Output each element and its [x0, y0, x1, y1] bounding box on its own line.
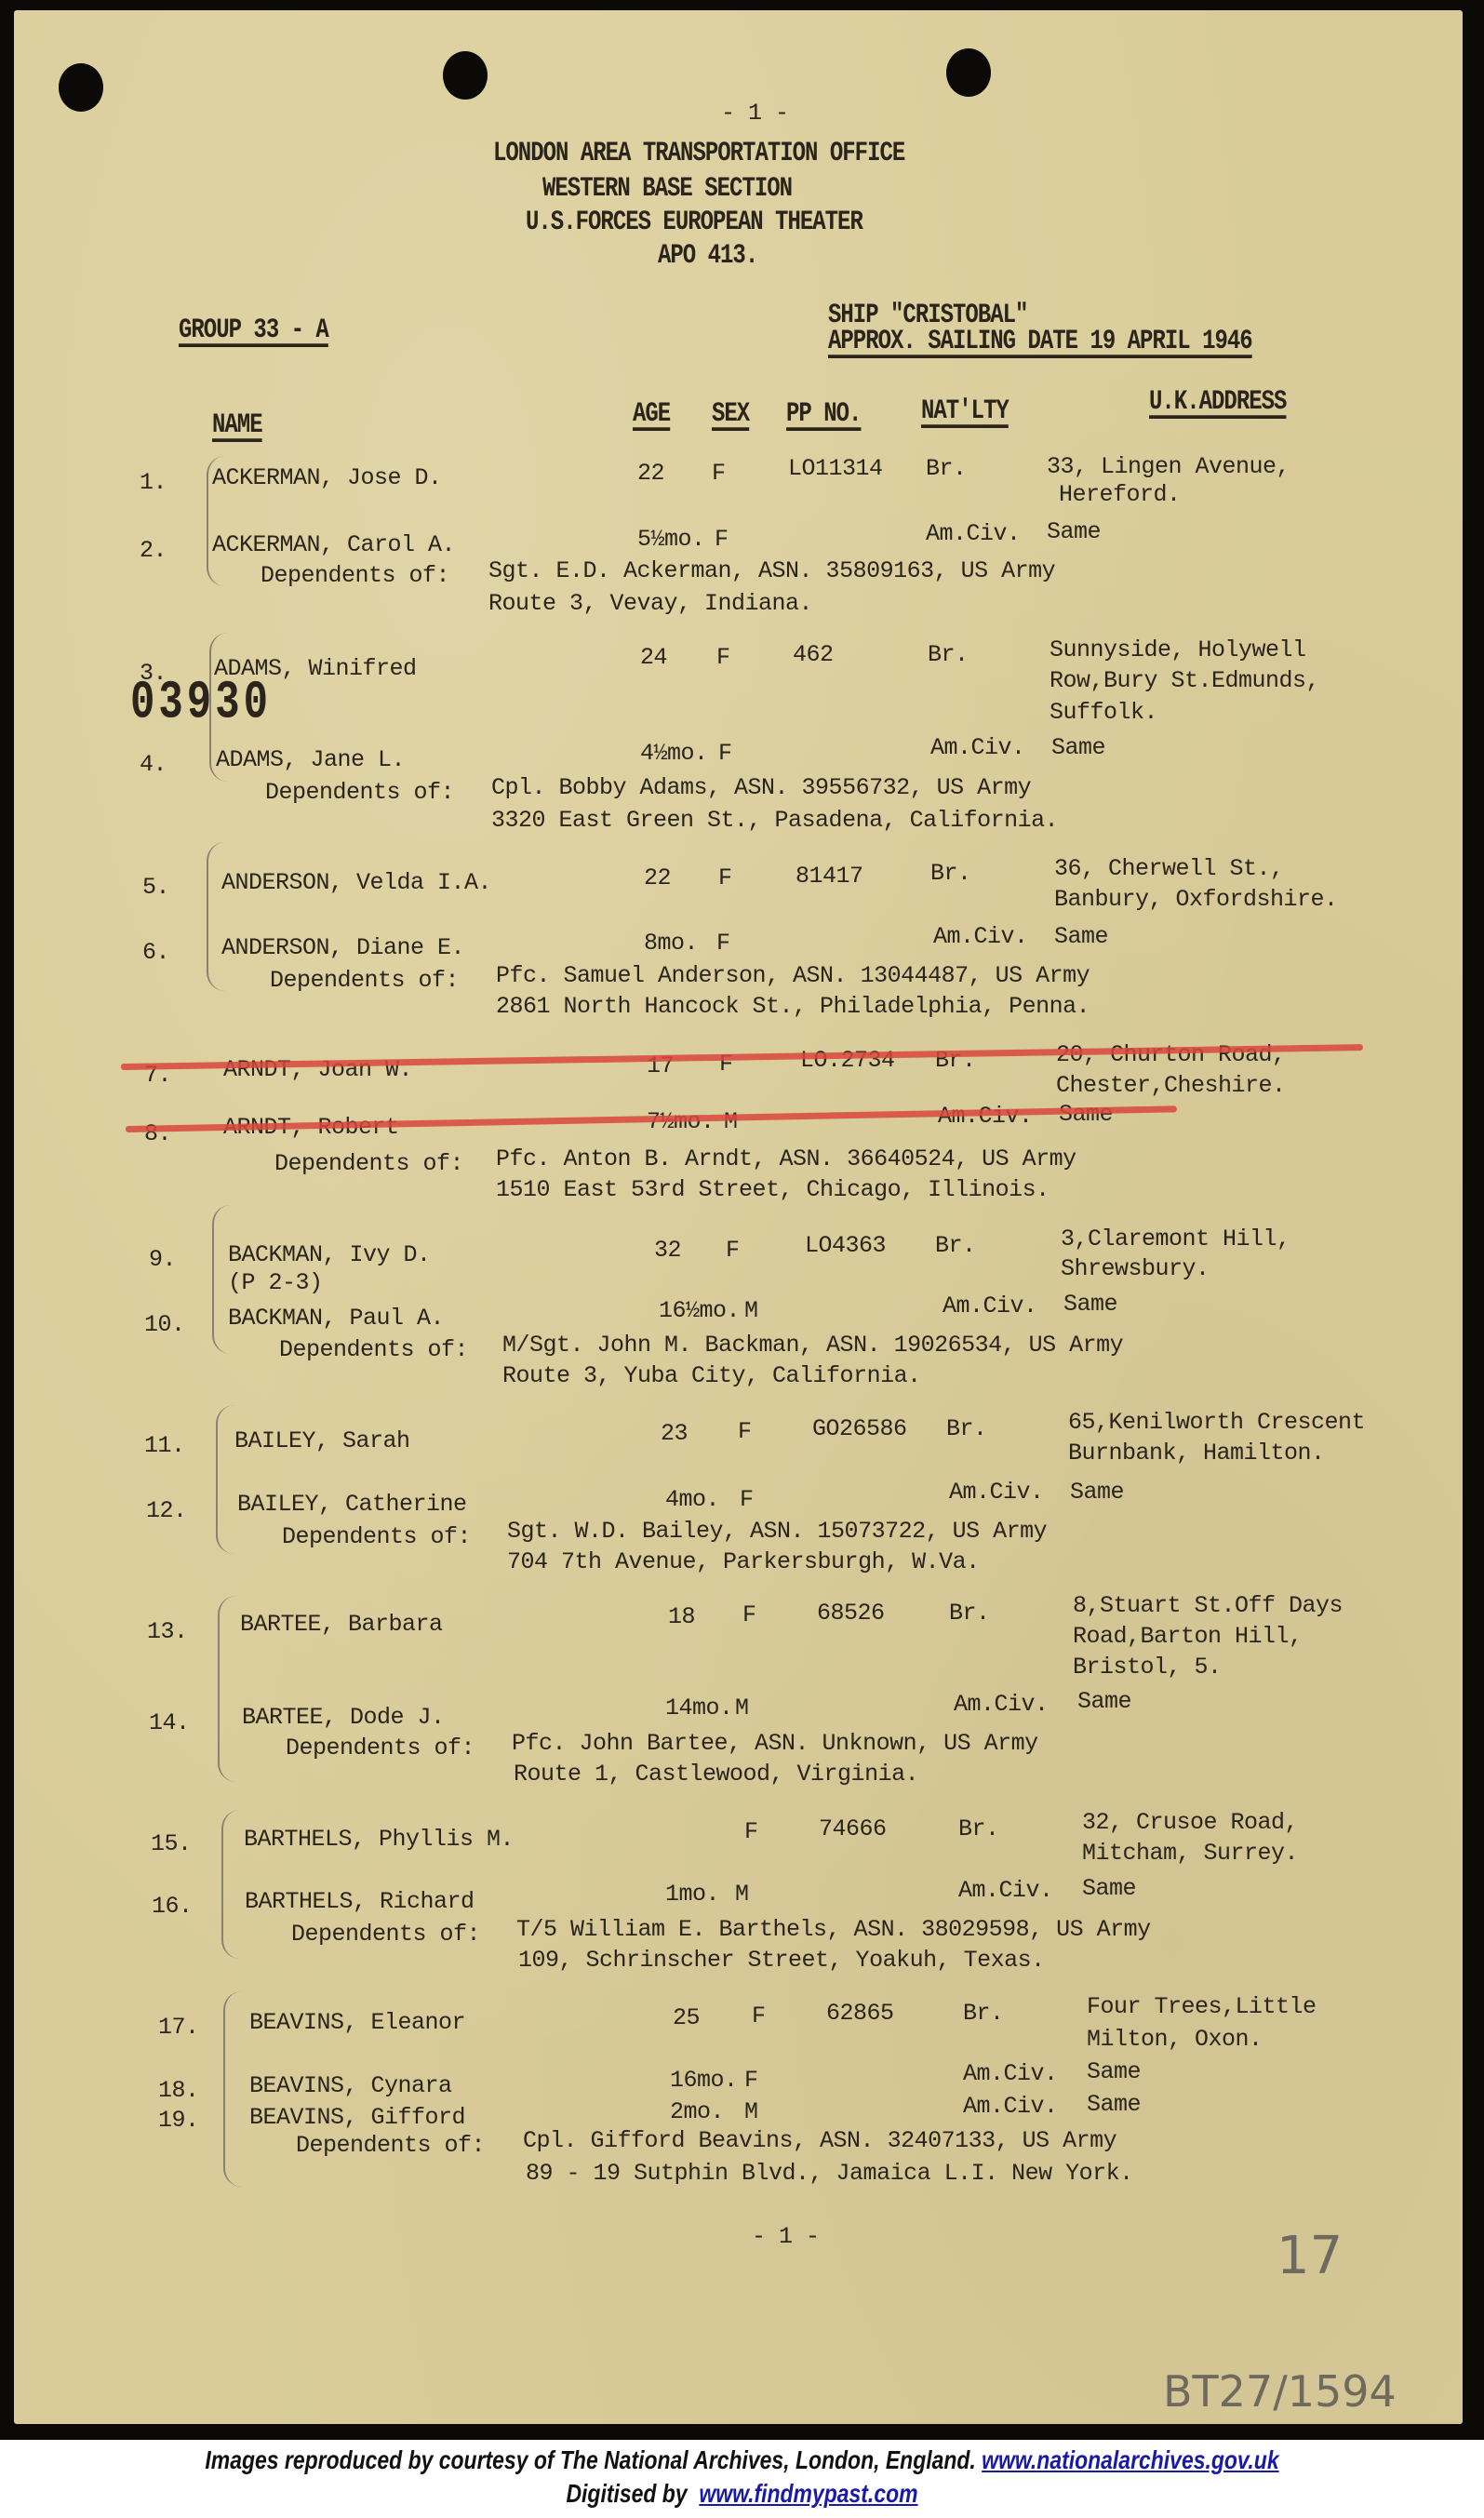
entry-pp-no: 68526	[817, 1601, 885, 1627]
entry-address: Bristol, 5.	[1073, 1654, 1222, 1681]
pencil-bracket	[216, 1405, 234, 1554]
entry-number: 12.	[146, 1498, 187, 1524]
entry-name: BACKMAN, Ivy D.	[228, 1242, 431, 1268]
entry-address: Same	[1059, 1102, 1113, 1128]
sponsor-details: Pfc. Samuel Anderson, ASN. 13044487, US …	[496, 963, 1090, 989]
entry-sex: F	[742, 1602, 756, 1628]
entry-name: BAILEY, Sarah	[234, 1428, 410, 1454]
entry-address: Shrewsbury.	[1061, 1256, 1210, 1282]
letterhead-line-2: WESTERN BASE SECTION	[542, 173, 792, 206]
column-header-nationality: NAT'LTY	[921, 395, 1009, 428]
entry-sex: F	[744, 2068, 758, 2094]
entry-age: 16½mo.	[659, 1298, 740, 1324]
entry-address: Same	[1070, 1480, 1124, 1506]
entry-age: 16mo.	[670, 2068, 738, 2094]
column-header-sex: SEX	[712, 398, 749, 431]
entry-name: ANDERSON, Velda I.A.	[221, 870, 491, 896]
entry-name: BARTHELS, Richard	[245, 1889, 475, 1915]
column-header-pp-no: PP NO.	[786, 398, 861, 431]
entry-sex: M	[724, 1109, 738, 1135]
entry-pp-no: 81417	[795, 864, 863, 890]
entry-nationality: Am.Civ.	[943, 1293, 1037, 1319]
entry-address: 36, Cherwell St.,	[1054, 856, 1284, 882]
national-archives-link[interactable]: www.nationalarchives.gov.uk	[982, 2445, 1278, 2474]
findmypast-link[interactable]: www.findmypast.com	[699, 2479, 917, 2508]
entry-number: 14.	[149, 1710, 190, 1736]
dependents-label: Dependents of:	[270, 968, 459, 994]
entry-nationality: Am.Civ.	[938, 1104, 1033, 1130]
entry-name: BEAVINS, Cynara	[249, 2073, 452, 2099]
dependents-label: Dependents of:	[296, 2133, 485, 2159]
letterhead-line-3: U.S.FORCES EUROPEAN THEATER	[526, 207, 862, 239]
entry-nationality: Am.Civ.	[933, 924, 1028, 950]
handwritten-folio-number: 17	[1277, 2229, 1343, 2284]
entry-nationality: Am.Civ.	[954, 1692, 1049, 1718]
entry-address: Same	[1082, 1876, 1136, 1902]
entry-age: 14mo.	[665, 1695, 733, 1721]
letterhead-line-1: LONDON AREA TRANSPORTATION OFFICE	[493, 138, 904, 170]
entry-note: (P 2-3)	[228, 1270, 323, 1296]
pencil-bracket	[218, 1596, 236, 1782]
entry-pp-no: 462	[793, 642, 834, 668]
entry-sex: M	[744, 2099, 758, 2125]
column-header-age: AGE	[633, 398, 670, 431]
sponsor-details: Sgt. E.D. Ackerman, ASN. 35809163, US Ar…	[488, 558, 1055, 584]
entry-address: Road,Barton Hill,	[1073, 1624, 1303, 1650]
entry-name: ACKERMAN, Carol A.	[212, 532, 455, 558]
group-label: GROUP 33 - A	[179, 315, 328, 347]
column-header-uk-address: U.K.ADDRESS	[1149, 386, 1286, 419]
sponsor-details: T/5 William E. Barthels, ASN. 38029598, …	[516, 1917, 1151, 1943]
entry-name: ANDERSON, Diane E.	[221, 935, 464, 961]
entry-sex: F	[752, 2003, 766, 2029]
dependents-label: Dependents of:	[274, 1151, 463, 1177]
entry-age: 24	[640, 645, 667, 671]
punch-hole	[946, 48, 991, 97]
entry-address: Chester,Cheshire.	[1056, 1073, 1286, 1099]
pencil-bracket	[221, 1810, 240, 1959]
entry-address: 32, Crusoe Road,	[1082, 1810, 1298, 1836]
entry-age: 4½mo.	[640, 741, 708, 767]
entry-sex: F	[715, 527, 729, 553]
entry-nationality: Br.	[958, 1816, 999, 1842]
entry-name: BARTEE, Barbara	[240, 1612, 443, 1638]
pencil-bracket	[207, 842, 225, 991]
entry-sex: F	[716, 931, 730, 957]
entry-number: 16.	[152, 1894, 193, 1920]
entry-number: 11.	[144, 1433, 185, 1459]
entry-number: 18.	[158, 2078, 199, 2104]
entry-address: Banbury, Oxfordshire.	[1054, 887, 1338, 913]
page-number-top: - 1 -	[721, 100, 789, 127]
entry-nationality: Br.	[946, 1416, 987, 1442]
entry-address: Sunnyside, Holywell	[1049, 637, 1306, 663]
digitised-label: Digitised by	[566, 2479, 687, 2508]
entry-nationality: Br.	[935, 1233, 976, 1259]
entry-nationality: Br.	[928, 642, 969, 668]
sponsor-details: Pfc. John Bartee, ASN. Unknown, US Army	[512, 1731, 1038, 1757]
entry-address: Same	[1087, 2092, 1141, 2118]
entry-sex: F	[712, 461, 726, 487]
entry-address: Four Trees,Little	[1087, 1994, 1317, 2020]
letterhead-line-4: APO 413.	[658, 240, 757, 273]
sponsor-details: M/Sgt. John M. Backman, ASN. 19026534, U…	[502, 1333, 1123, 1359]
entry-address: Same	[1063, 1292, 1117, 1318]
credit-text: Images reproduced by courtesy of The Nat…	[205, 2445, 975, 2474]
entry-number: 10.	[144, 1312, 185, 1338]
sponsor-address: 2861 North Hancock St., Philadelphia, Pe…	[496, 994, 1090, 1020]
entry-nationality: Am.Civ.	[930, 735, 1025, 761]
entry-nationality: Br.	[926, 456, 967, 482]
entry-sex: F	[726, 1238, 740, 1264]
entry-name: ACKERMAN, Jose D.	[212, 465, 442, 491]
entry-number: 15.	[151, 1831, 192, 1857]
entry-nationality: Am.Civ.	[963, 2094, 1058, 2120]
entry-age: 23	[661, 1421, 688, 1447]
entry-name: BARTHELS, Phyllis M.	[244, 1827, 514, 1853]
entry-number: 5.	[142, 875, 169, 901]
sponsor-address: 3320 East Green St., Pasadena, Californi…	[491, 808, 1058, 834]
entry-address: 3,Claremont Hill,	[1061, 1226, 1290, 1252]
entry-address: Same	[1047, 519, 1101, 545]
entry-name: ADAMS, Jane L.	[216, 747, 405, 773]
entry-number: 13.	[147, 1619, 188, 1645]
dependents-label: Dependents of:	[261, 563, 449, 589]
entry-name: BAILEY, Catherine	[237, 1492, 467, 1518]
entry-age: 5½mo.	[637, 527, 705, 553]
entry-nationality: Br.	[963, 2001, 1004, 2027]
sponsor-details: Cpl. Bobby Adams, ASN. 39556732, US Army	[491, 775, 1031, 801]
dependents-label: Dependents of:	[286, 1735, 475, 1761]
entry-address: 65,Kenilworth Crescent	[1068, 1410, 1365, 1436]
handwritten-reference: BT27/1594	[1163, 2368, 1397, 2415]
entry-nationality: Am.Civ.	[926, 521, 1021, 547]
entry-age: 1mo.	[665, 1882, 719, 1908]
entry-number: 17.	[158, 2015, 199, 2041]
entry-pp-no: LO11314	[788, 456, 883, 482]
entry-number: 2.	[140, 538, 167, 564]
entry-number: 4.	[140, 752, 167, 778]
entry-sex: F	[738, 1419, 752, 1445]
punch-hole	[59, 63, 103, 112]
entry-number: 9.	[149, 1247, 176, 1273]
sponsor-details: Sgt. W.D. Bailey, ASN. 15073722, US Army	[507, 1519, 1047, 1545]
dependents-label: Dependents of:	[265, 780, 454, 806]
punch-hole	[443, 51, 488, 100]
entry-address: Milton, Oxon.	[1087, 2027, 1263, 2053]
entry-pp-no: LO4363	[805, 1233, 886, 1259]
entry-sex: M	[735, 1695, 749, 1721]
entry-sex: F	[740, 1487, 754, 1513]
column-header-name: NAME	[212, 409, 262, 442]
entry-address: Row,Bury St.Edmunds,	[1049, 668, 1319, 694]
entry-age: 18	[668, 1604, 695, 1630]
sponsor-address: Route 3, Vevay, Indiana.	[488, 591, 812, 617]
entry-address: Same	[1077, 1689, 1131, 1715]
entry-number: 6.	[142, 940, 169, 966]
sponsor-address: 1510 East 53rd Street, Chicago, Illinois…	[496, 1177, 1049, 1203]
entry-pp-no: 74666	[819, 1816, 887, 1842]
entry-nationality: Am.Civ.	[949, 1480, 1044, 1506]
sponsor-address: Route 1, Castlewood, Virginia.	[514, 1761, 918, 1788]
dependents-label: Dependents of:	[291, 1922, 480, 1948]
sponsor-address: 109, Schrinscher Street, Yoakuh, Texas.	[518, 1948, 1045, 1974]
page-number-bottom: - 1 -	[752, 2224, 820, 2250]
entry-name: BACKMAN, Paul A.	[228, 1306, 444, 1332]
entry-age: 22	[644, 865, 671, 891]
entry-sex: F	[718, 741, 732, 767]
entry-nationality: Br.	[949, 1601, 990, 1627]
pencil-bracket	[223, 1991, 242, 2187]
archive-credit: Images reproduced by courtesy of The Nat…	[134, 2445, 1351, 2475]
entry-nationality: Am.Civ.	[958, 1878, 1053, 1904]
entry-number: 1.	[140, 470, 167, 496]
entry-address: 8,Stuart St.Off Days	[1073, 1593, 1343, 1619]
entry-pp-no: GO26586	[812, 1416, 907, 1442]
sponsor-details: Cpl. Gifford Beavins, ASN. 32407133, US …	[523, 2128, 1116, 2154]
entry-age: 8mo.	[644, 931, 698, 957]
entry-age: 32	[654, 1238, 681, 1264]
sponsor-address: 704 7th Avenue, Parkersburgh, W.Va.	[507, 1549, 980, 1575]
entry-address: Same	[1087, 2059, 1141, 2085]
entry-address: Same	[1051, 735, 1105, 761]
entry-sex: F	[716, 645, 730, 671]
entry-number: 19.	[158, 2108, 199, 2134]
entry-name: BARTEE, Dode J.	[242, 1705, 445, 1731]
entry-address: Same	[1054, 924, 1108, 950]
entry-name: BEAVINS, Gifford	[249, 2105, 465, 2131]
entry-address: 33, Lingen Avenue,	[1047, 454, 1290, 480]
entry-age: 4mo.	[665, 1487, 719, 1513]
entry-name: BEAVINS, Eleanor	[249, 2010, 465, 2036]
entry-address: Burnbank, Hamilton.	[1068, 1440, 1325, 1467]
entry-age: 25	[673, 2005, 700, 2031]
sailing-date: APPROX. SAILING DATE 19 APRIL 1946	[828, 326, 1252, 358]
entry-sex: F	[718, 865, 732, 891]
entry-sex: F	[744, 1819, 758, 1845]
entry-address: Mitcham, Surrey.	[1082, 1841, 1298, 1867]
entry-address: Suffolk.	[1049, 700, 1157, 726]
sponsor-details: Pfc. Anton B. Arndt, ASN. 36640524, US A…	[496, 1146, 1076, 1172]
entry-nationality: Br.	[930, 861, 971, 887]
digitised-credit: Digitised by www.findmypast.com	[134, 2479, 1351, 2509]
entry-pp-no: 62865	[826, 2001, 894, 2027]
entry-age: 22	[637, 461, 664, 487]
entry-sex: M	[735, 1882, 749, 1908]
stamp-number: 03930	[130, 687, 272, 720]
entry-nationality: Am.Civ.	[963, 2061, 1058, 2087]
entry-sex: M	[744, 1298, 758, 1324]
entry-age: 2mo.	[670, 2099, 724, 2125]
sponsor-address: Route 3, Yuba City, California.	[502, 1363, 921, 1389]
entry-address: Hereford.	[1059, 482, 1181, 508]
sponsor-address: 89 - 19 Sutphin Blvd., Jamaica L.I. New …	[526, 2161, 1133, 2187]
dependents-label: Dependents of:	[282, 1524, 471, 1550]
dependents-label: Dependents of:	[279, 1337, 468, 1363]
